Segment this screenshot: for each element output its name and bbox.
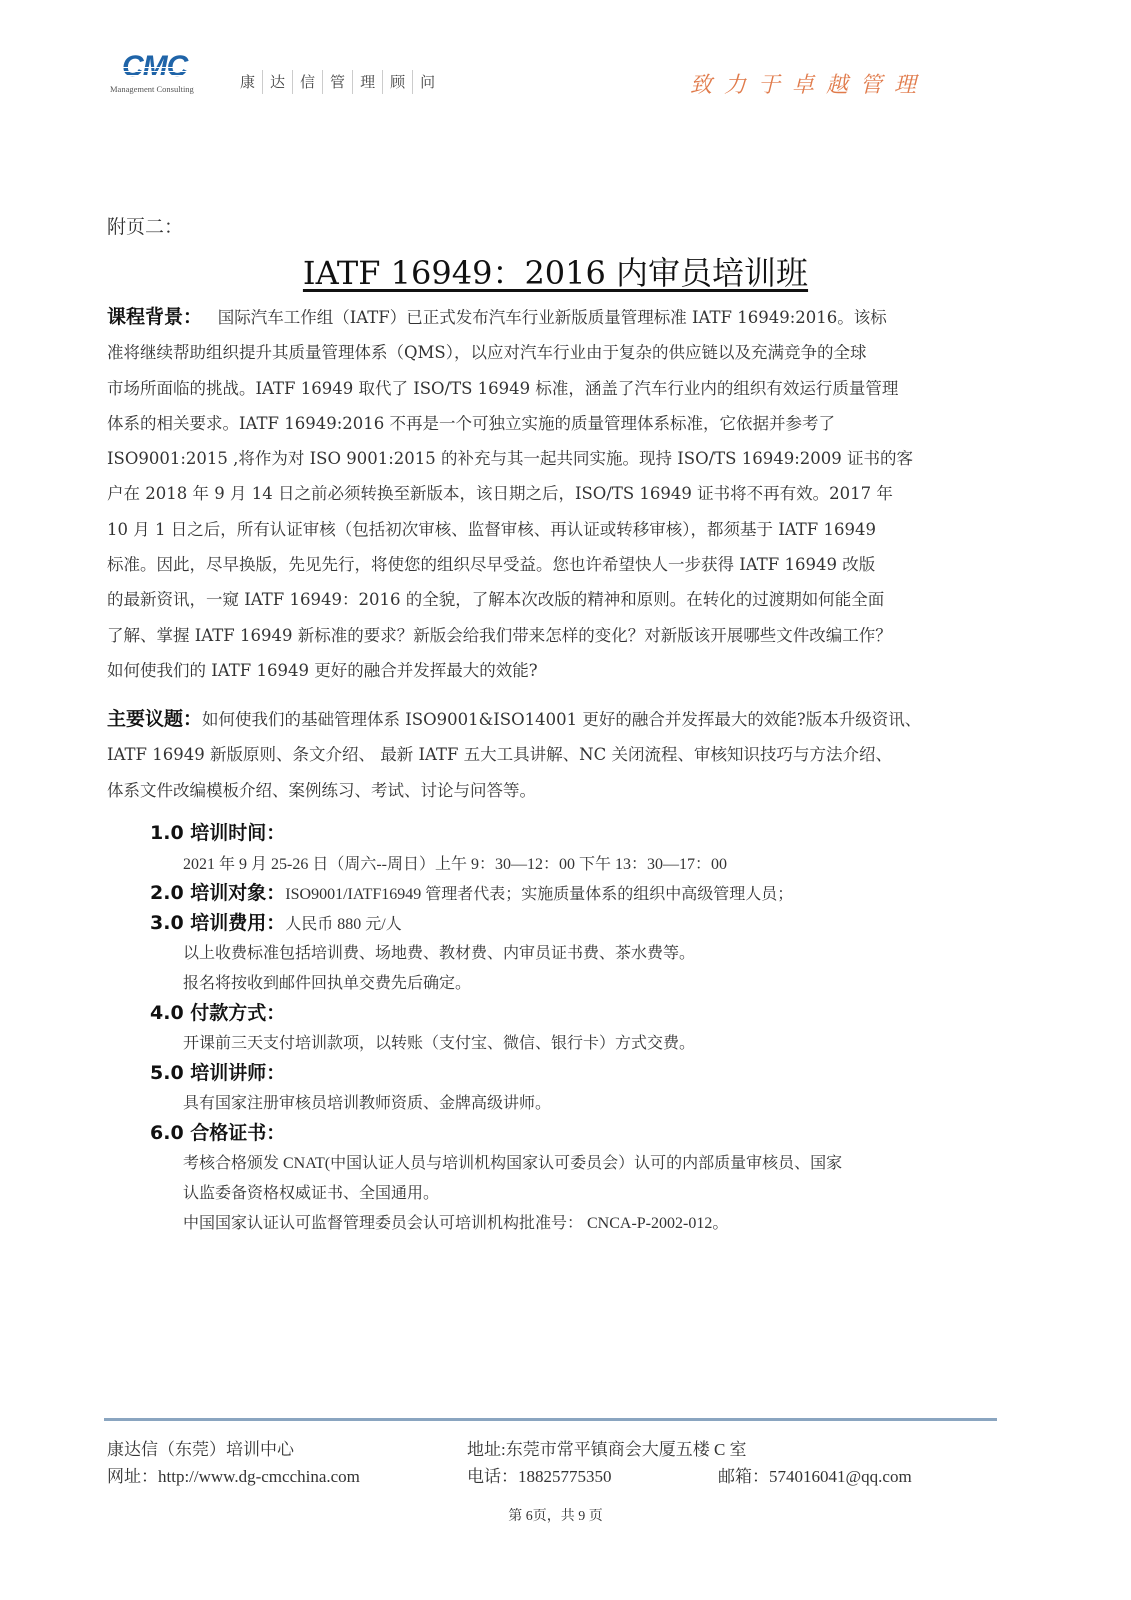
background-line: 标准。因此，尽早换版，先见先行，将使您的组织尽早受益。您也许希望快人一步获得 I…: [107, 547, 1002, 582]
background-line: 了解、掌握 IATF 16949 新标准的要求？新版会给我们带来怎样的变化？对新…: [107, 618, 1002, 653]
page-title: IATF 16949：2016 内审员培训班: [0, 248, 1111, 294]
section-inline: 人民币 880 元/人: [285, 916, 401, 933]
company-char: 康: [233, 72, 262, 92]
section-line: 考核合格颁发 CNAT(中国认证人员与培训机构国家认可委员会）认可的内部质量审核…: [183, 1150, 842, 1173]
background-line: ISO9001:2015 ,将作为对 ISO 9001:2015 的补充与其一起…: [107, 441, 1002, 476]
topics-line: 体系文件改编模板介绍、案例练习、考试、讨论与问答等。: [107, 773, 1002, 808]
section-heading-fee: 3.0 培训费用：人民币 880 元/人: [150, 908, 402, 935]
footer-website[interactable]: 网址：http://www.dg-cmcchina.com: [107, 1462, 360, 1487]
slogan: 致力于卓越管理: [690, 68, 928, 99]
topics-label: 主要议题：: [107, 708, 202, 730]
cmc-logo: CMC Management Consulting: [110, 52, 220, 96]
background-line: 准将继续帮助组织提升其质量管理体系（QMS），以应对汽车行业由于复杂的供应链以及…: [107, 335, 1002, 370]
topics-line: IATF 16949 新版原则、条文介绍、 最新 IATF 五大工具讲解、NC …: [107, 737, 1002, 772]
background-line: 户在 2018 年 9 月 14 日之前必须转换至新版本，该日期之后，ISO/T…: [107, 476, 1002, 511]
section-heading-certificate: 6.0 合格证书：: [150, 1118, 285, 1145]
topics-paragraph: 主要议题：如何使我们的基础管理体系 ISO9001&ISO14001 更好的融合…: [107, 702, 1002, 808]
company-char: 问: [413, 72, 442, 92]
section-heading-audience: 2.0 培训对象：ISO9001/IATF16949 管理者代表；实施质量体系的…: [150, 878, 793, 905]
company-char: 达: [263, 72, 292, 92]
section-heading-instructor: 5.0 培训讲师：: [150, 1058, 285, 1085]
footer-org: 康达信（东莞）培训中心: [107, 1435, 294, 1460]
footer-address: 地址:东莞市常平镇商会大厦五楼 C 室: [467, 1435, 747, 1460]
background-line: 体系的相关要求。IATF 16949:2016 不再是一个可独立实施的质量管理体…: [107, 406, 1002, 441]
logo-stripes: [120, 64, 212, 76]
section-heading-time: 1.0 培训时间：: [150, 818, 285, 845]
company-char: 管: [323, 72, 352, 92]
section-inline: ISO9001/IATF16949 管理者代表；实施质量体系的组织中高级管理人员…: [285, 886, 793, 903]
logo-subtitle: Management Consulting: [110, 84, 194, 94]
section-line: 开课前三天支付培训款项，以转账（支付宝、微信、银行卡）方式交费。: [183, 1030, 695, 1053]
company-name: 康 达 信 管 理 顾 问: [233, 70, 442, 94]
footer-email[interactable]: 邮箱：574016041@qq.com: [718, 1462, 912, 1487]
section-line: 中国国家认证认可监督管理委员会认可培训机构批准号： CNCA-P-2002-01…: [183, 1210, 728, 1233]
company-char: 顾: [383, 72, 412, 92]
company-char: 理: [353, 72, 382, 92]
background-line: 如何使我们的 IATF 16949 更好的融合并发挥最大的效能?: [107, 653, 1002, 688]
section-line: 具有国家注册审核员培训教师资质、金牌高级讲师。: [183, 1090, 551, 1113]
topics-line: 如何使我们的基础管理体系 ISO9001&ISO14001 更好的融合并发挥最大…: [202, 710, 921, 729]
page-number: 第 6页，共 9 页: [0, 1505, 1111, 1525]
background-paragraph: 课程背景： 国际汽车工作组（IATF）已正式发布汽车行业新版质量管理标准 IAT…: [107, 300, 1002, 688]
section-line: 认监委备资格权威证书、全国通用。: [183, 1180, 439, 1203]
section-line: 以上收费标准包括培训费、场地费、教材费、内审员证书费、茶水费等。: [183, 940, 695, 963]
background-line: 国际汽车工作组（IATF）已正式发布汽车行业新版质量管理标准 IATF 1694…: [218, 308, 887, 327]
section-line: 报名将按收到邮件回执单交费先后确定。: [183, 970, 471, 993]
background-line: 的最新资讯，一窥 IATF 16949：2016 的全貌，了解本次改版的精神和原…: [107, 582, 1002, 617]
background-line: 10 月 1 日之后，所有认证审核（包括初次审核、监督审核、再认证或转移审核），…: [107, 512, 1002, 547]
section-heading-payment: 4.0 付款方式：: [150, 998, 285, 1025]
footer-phone: 电话：18825775350: [467, 1462, 612, 1487]
company-char: 信: [293, 72, 322, 92]
background-line: 市场所面临的挑战。IATF 16949 取代了 ISO/TS 16949 标准，…: [107, 371, 1002, 406]
section-line: 2021 年 9 月 25-26 日（周六--周日）上午 9：30—12：00 …: [183, 851, 727, 874]
appendix-label: 附页二：: [107, 212, 183, 239]
footer-divider: [104, 1418, 997, 1421]
background-label: 课程背景：: [107, 306, 202, 328]
